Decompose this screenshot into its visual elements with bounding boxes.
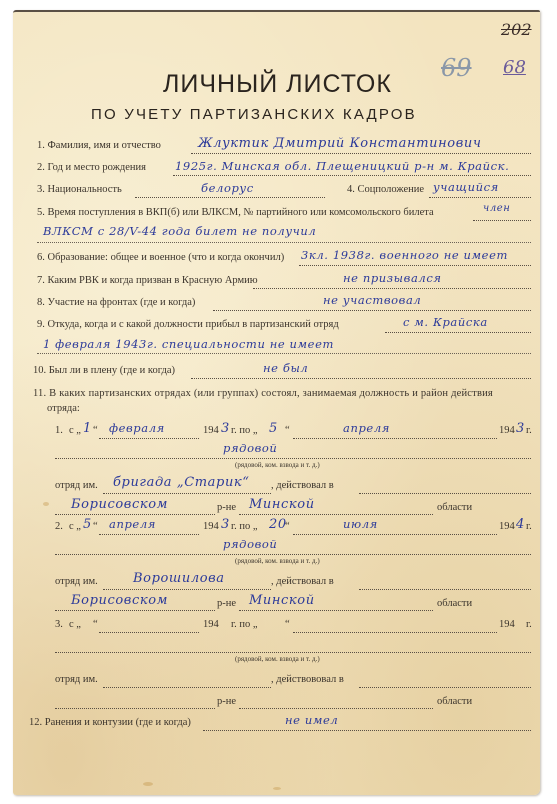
field-5-value: член	[483, 203, 511, 214]
entry-district: Борисовском	[71, 497, 168, 512]
entry-from-month-line	[99, 632, 199, 633]
entry-district: Борисовском	[71, 593, 168, 608]
field-12-label: 12. Ранения и контузии (где и когда)	[29, 717, 191, 728]
entry-quote: “	[93, 521, 98, 532]
document-sheet: 202 69 68 ЛИЧНЫЙ ЛИСТОК ПО УЧЕТУ ПАРТИЗА…	[13, 10, 540, 795]
field-3-line	[135, 197, 325, 198]
field-11-label: 11. В каких партизанских отрядах (или гр…	[33, 388, 493, 399]
entry-to-day: 5	[269, 421, 278, 436]
entry-to-prefix: г. по „	[231, 619, 258, 630]
entry-to-month: апреля	[343, 421, 390, 435]
entry-region-label: области	[437, 696, 472, 707]
entry-from-year-prefix: 194	[203, 619, 219, 630]
entry-from-month-line	[99, 534, 199, 535]
entry-from-year-digit: 3	[221, 421, 230, 436]
entry-quote: “	[285, 425, 290, 436]
entry-quote: “	[285, 619, 290, 630]
field-10-label: 10. Был ли в плену (где и когда)	[33, 365, 175, 376]
entry-from-prefix: с „	[69, 619, 81, 630]
entry-district-line	[55, 514, 215, 515]
field-4-line	[429, 197, 531, 198]
entry-from-year-digit: 3	[221, 517, 230, 532]
field-12-value: не имел	[285, 713, 338, 727]
field-7-line	[253, 288, 531, 289]
entry-district-label: р-не	[217, 598, 236, 609]
field-1-line	[191, 153, 531, 154]
entry-district-label: р-не	[217, 696, 236, 707]
entry-position-line	[55, 458, 531, 459]
entry-unit-line	[103, 589, 271, 590]
entry-quote: “	[285, 521, 290, 532]
field-2-value: 1925г. Минская обл. Плещеницкий р-н м. К…	[175, 159, 509, 173]
archive-sheet-number: 202	[501, 20, 532, 39]
entry-district-line	[55, 610, 215, 611]
document-title: ЛИЧНЫЙ ЛИСТОК	[163, 70, 392, 99]
field-6-value: 3кл. 1938г. военного не имеет	[301, 248, 508, 262]
entry-from-day: 5	[83, 517, 92, 532]
entry-position: рядовой	[223, 537, 277, 551]
stain	[143, 782, 153, 786]
field-9-label: 9. Откуда, когда и с какой должности при…	[37, 319, 339, 330]
entry-unit-line	[103, 493, 271, 494]
entry-unit-label: отряд им.	[55, 674, 98, 685]
entry-district-label: р-не	[217, 502, 236, 513]
entry-acted-label: , действововал в	[271, 674, 344, 685]
field-4-label: 4. Соцположение	[347, 184, 424, 195]
field-12-line	[203, 730, 531, 731]
entry-region-line	[239, 610, 433, 611]
field-5-value-cont: ВЛКСМ с 28/V-44 года билет не получил	[43, 224, 316, 238]
entry-unit-line	[103, 687, 271, 688]
field-1-value: Жлуктик Дмитрий Константинович	[198, 136, 482, 151]
entry-acted-line	[359, 589, 531, 590]
entry-unit-label: отряд им.	[55, 480, 98, 491]
entry-acted-line	[359, 687, 531, 688]
field-7-value: не призывался	[343, 271, 442, 285]
field-5-line-2	[37, 242, 531, 243]
entry-position-caption: (рядовой, ком. взвода и т. д.)	[235, 655, 320, 663]
entry-from-month: апреля	[109, 517, 156, 531]
field-9-line	[385, 332, 531, 333]
archive-pencil-number: 69	[441, 54, 472, 82]
field-8-label: 8. Участие на фронтах (где и когда)	[37, 297, 195, 308]
entry-position-caption: (рядовой, ком. взвода и т. д.)	[235, 461, 320, 469]
field-5-line	[473, 220, 531, 221]
entry-number: 1.	[55, 425, 63, 436]
archive-violet-number: 68	[503, 57, 526, 78]
entry-unit-label: отряд им.	[55, 576, 98, 587]
entry-to-year-digit: 3	[516, 421, 525, 436]
entry-region-line	[239, 708, 433, 709]
entry-to-prefix: г. по „	[231, 521, 258, 532]
field-10-line	[191, 378, 531, 379]
entry-quote: “	[93, 619, 98, 630]
entry-to-year-prefix: 194	[499, 521, 515, 532]
entry-number: 3.	[55, 619, 63, 630]
entry-acted-label: , действовал в	[271, 480, 334, 491]
entry-position-line	[55, 652, 531, 653]
entry-unit: Ворошилова	[133, 571, 225, 586]
entry-to-year-prefix: 194	[499, 619, 515, 630]
entry-to-month: июля	[343, 517, 378, 531]
entry-to-month-line	[293, 438, 497, 439]
entry-district-line	[55, 708, 215, 709]
field-9-value: с м. Крайска	[403, 315, 488, 329]
entry-unit: бригада „Старик“	[113, 475, 250, 490]
entry-region: Минской	[249, 497, 315, 512]
field-8-value: не участвовал	[323, 293, 421, 307]
stain	[273, 787, 281, 790]
entry-from-month: февраля	[109, 421, 165, 435]
entry-to-year-digit: 4	[516, 517, 525, 532]
entry-acted-line	[359, 493, 531, 494]
field-9-value-cont: 1 февраля 1943г. специальности не имеет	[43, 337, 334, 351]
field-4-value: учащийся	[433, 180, 499, 194]
entry-region-label: области	[437, 598, 472, 609]
entry-quote: “	[93, 425, 98, 436]
entry-number: 2.	[55, 521, 63, 532]
entry-from-prefix: с „	[69, 521, 81, 532]
entry-to-month-line	[293, 534, 497, 535]
field-1-label: 1. Фамилия, имя и отчество	[37, 140, 161, 151]
field-8-line	[213, 310, 531, 311]
field-11-label-cont: отряда:	[47, 403, 80, 414]
field-6-label: 6. Образование: общее и военное (что и к…	[37, 252, 284, 263]
field-3-label: 3. Национальность	[37, 184, 122, 195]
entry-from-day: 1	[83, 421, 92, 436]
entry-year-suffix: г.	[526, 425, 532, 436]
entry-region: Минской	[249, 593, 315, 608]
entry-region-line	[239, 514, 433, 515]
entry-region-label: области	[437, 502, 472, 513]
entry-acted-label: , действовал в	[271, 576, 334, 587]
field-5-label: 5. Время поступления в ВКП(б) или ВЛКСМ,…	[37, 207, 434, 218]
field-2-label: 2. Год и место рождения	[37, 162, 146, 173]
entry-from-month-line	[99, 438, 199, 439]
entry-year-suffix: г.	[526, 521, 532, 532]
field-3-value: белорус	[201, 181, 254, 195]
entry-to-year-prefix: 194	[499, 425, 515, 436]
entry-from-prefix: с „	[69, 425, 81, 436]
field-10-value: не был	[263, 361, 308, 375]
entry-to-prefix: г. по „	[231, 425, 258, 436]
field-7-label: 7. Каким РВК и когда призван в Красную А…	[37, 275, 258, 286]
entry-to-month-line	[293, 632, 497, 633]
entry-position-line	[55, 554, 531, 555]
entry-from-year-prefix: 194	[203, 425, 219, 436]
field-2-line	[173, 175, 531, 176]
entry-year-suffix: г.	[526, 619, 532, 630]
document-subtitle: ПО УЧЕТУ ПАРТИЗАНСКИХ КАДРОВ	[91, 106, 417, 123]
entry-position: рядовой	[223, 441, 277, 455]
entry-position-caption: (рядовой, ком. взвода и т. д.)	[235, 557, 320, 565]
stain	[43, 502, 49, 506]
entry-from-year-prefix: 194	[203, 521, 219, 532]
field-6-line	[299, 265, 531, 266]
field-9-line-2	[37, 353, 531, 354]
